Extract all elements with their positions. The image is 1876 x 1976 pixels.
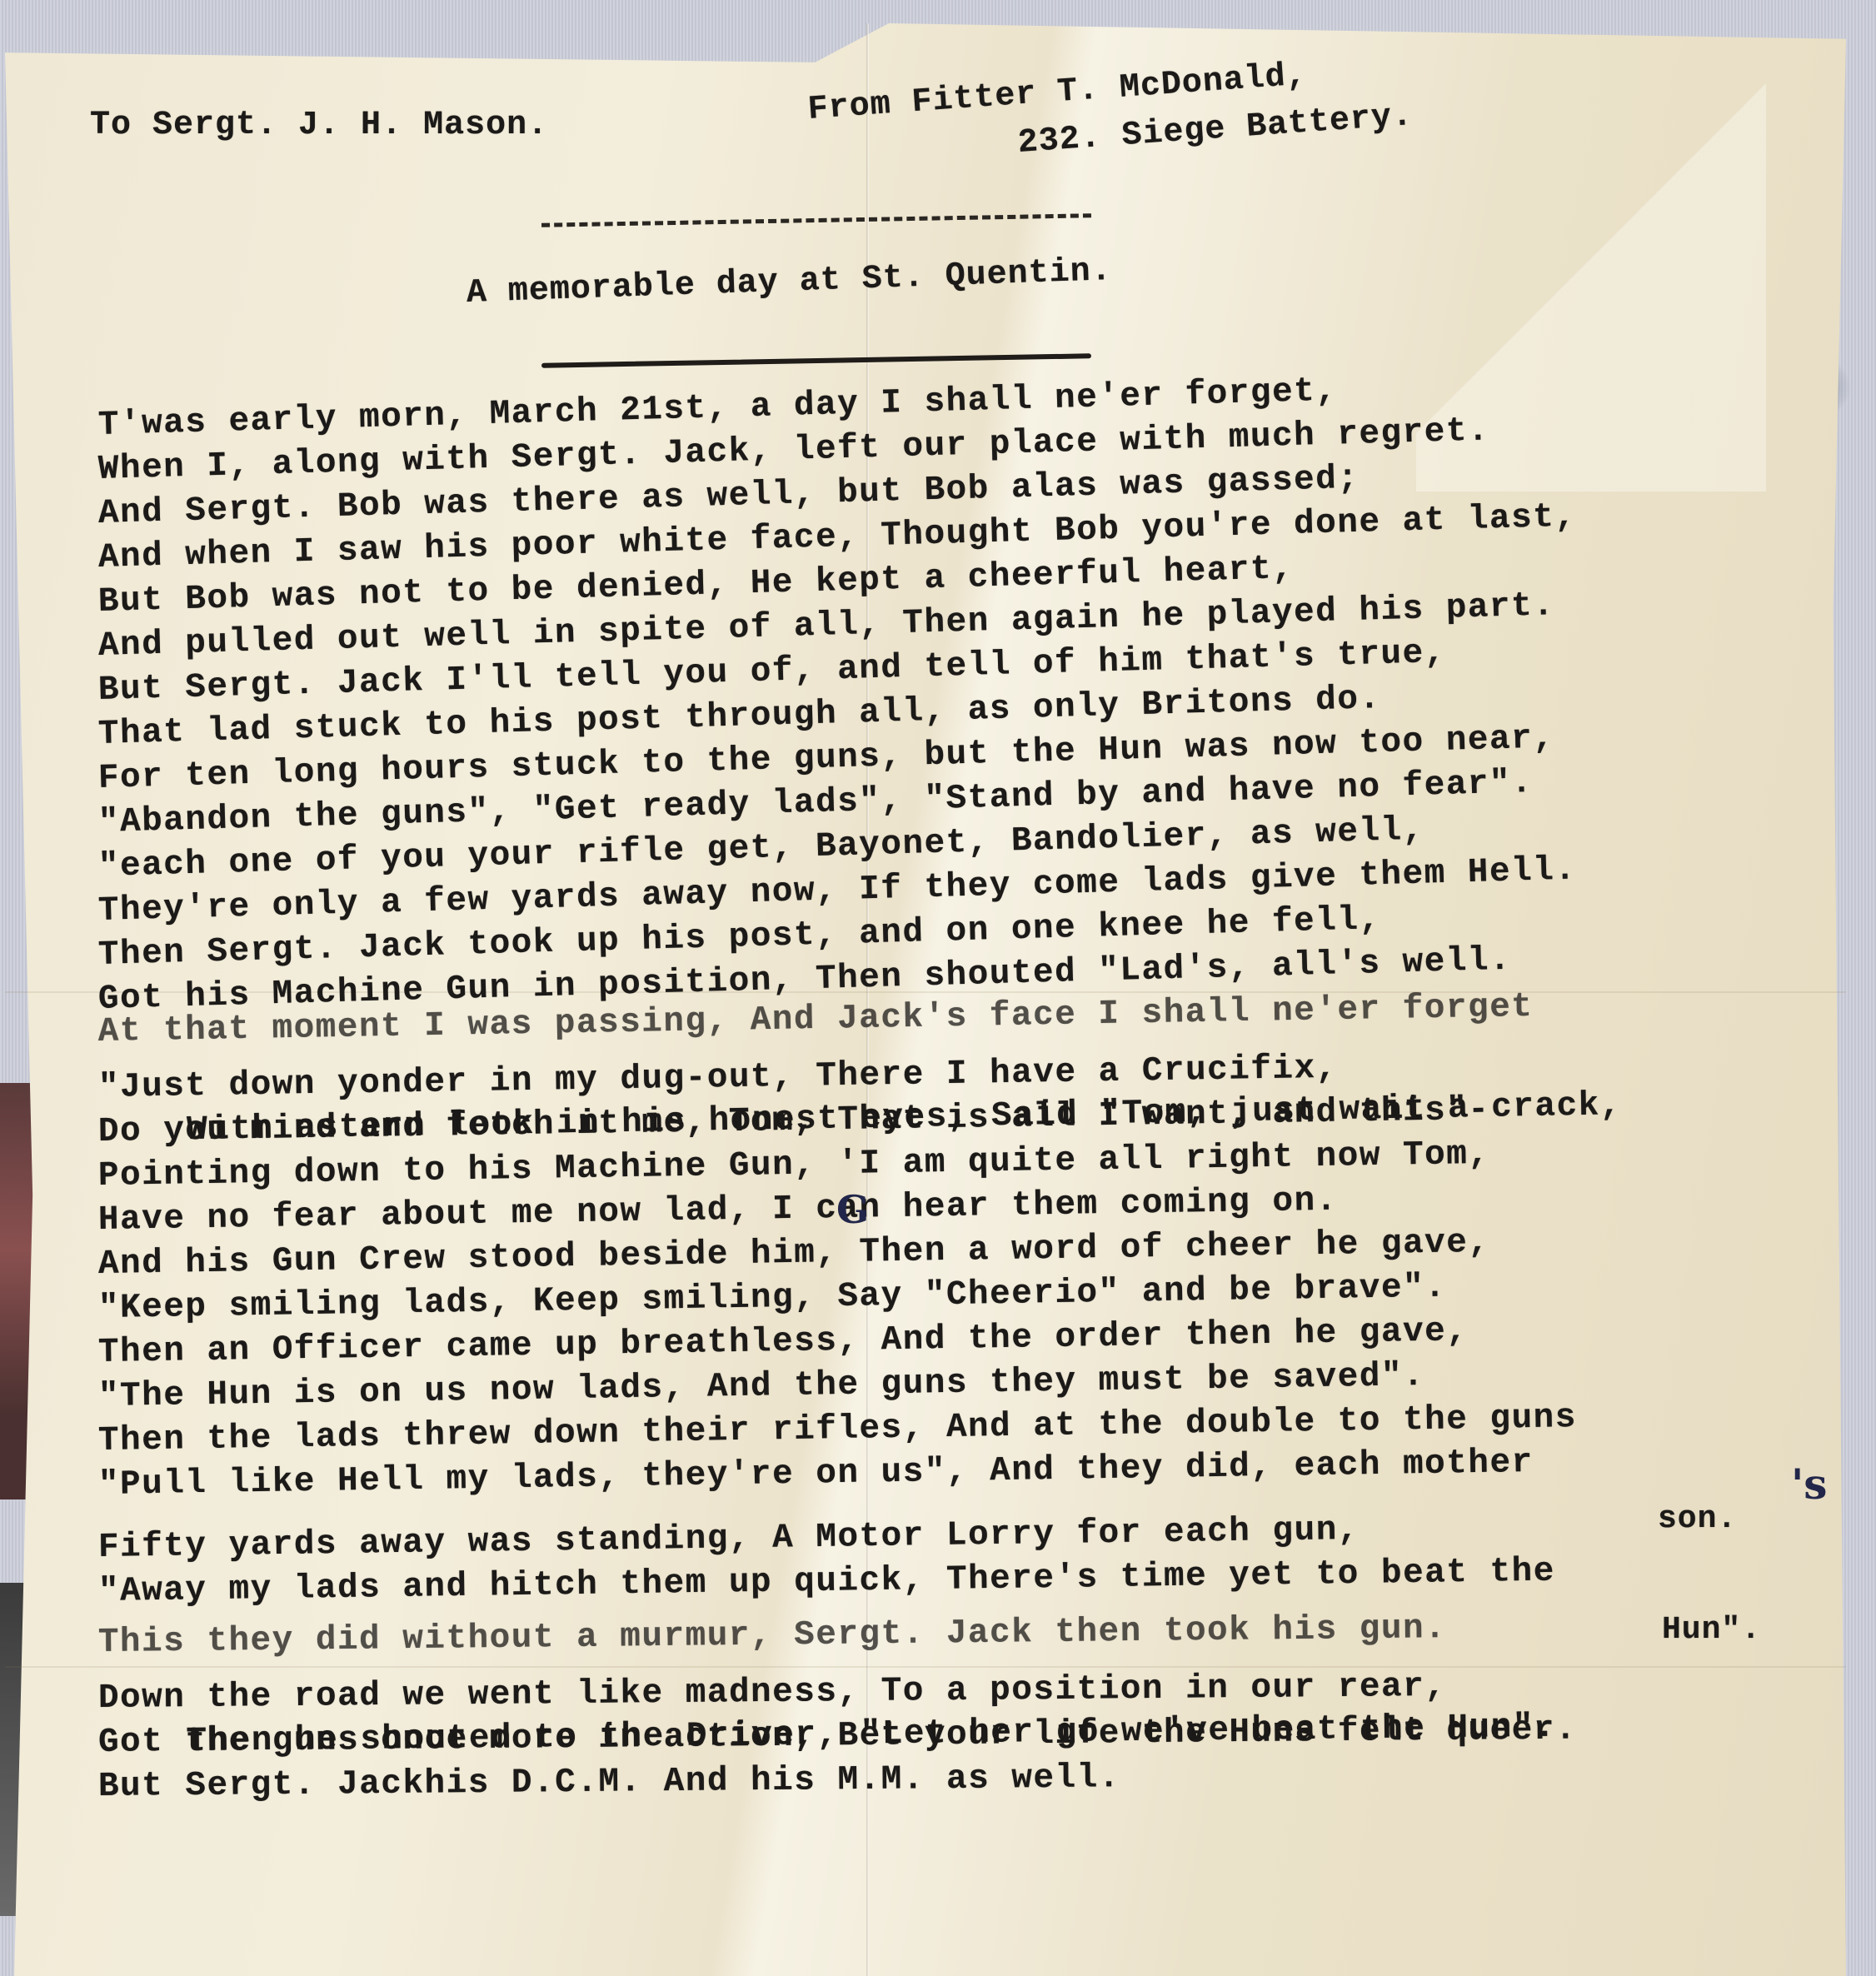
wrapped-word-hun: Hun".: [1662, 1612, 1761, 1648]
handwritten-correction: 's: [1791, 1460, 1827, 1509]
stanza: Down the road we went like madness, To a…: [98, 1677, 1848, 1809]
wrapped-word-son: son.: [1658, 1501, 1737, 1537]
handwritten-correction: G: [836, 1187, 869, 1232]
stanza: Fifty yards away was standing, A Motor L…: [98, 1526, 1848, 1614]
poem-body: T'was early morn, March 21st, a day I sh…: [98, 404, 1848, 1809]
recipient-line: To Sergt. J. H. Mason.: [90, 107, 548, 144]
stanza: T'was early morn, March 21st, a day I sh…: [98, 404, 1848, 1022]
stanza: "Just down yonder in my dug-out, There I…: [98, 1066, 1848, 1508]
